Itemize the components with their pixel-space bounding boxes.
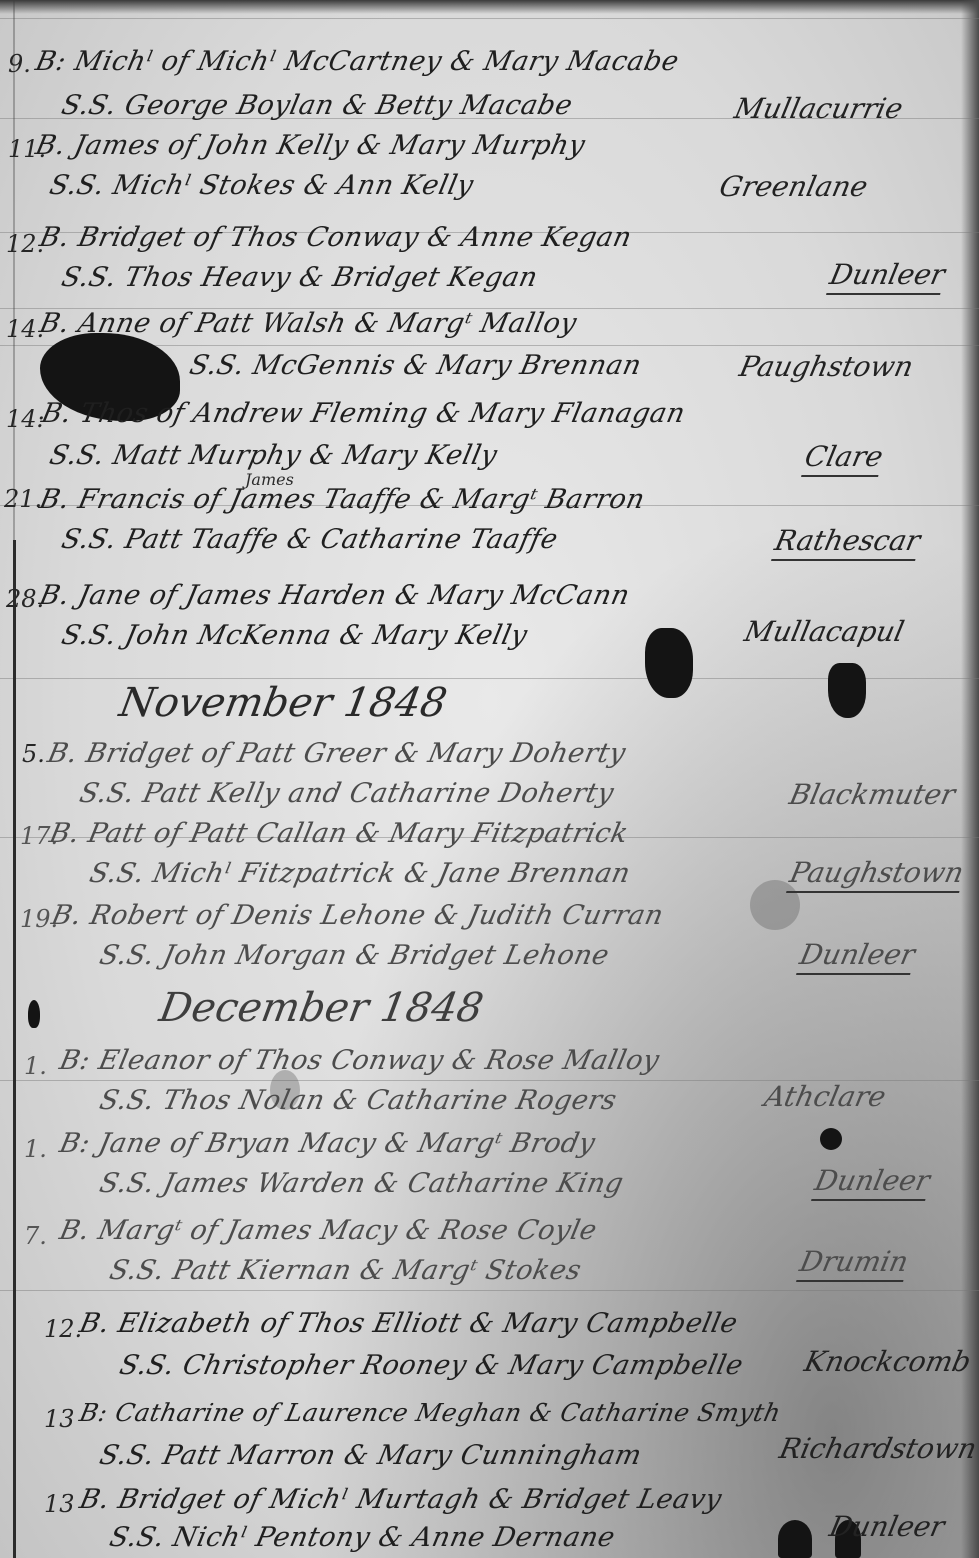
entry-sponsors: S.S. Nichˡ Pentony & Anne Dernane bbox=[107, 1522, 618, 1553]
ink-blot bbox=[820, 1128, 842, 1150]
entry-townland: Dunleer bbox=[826, 258, 948, 295]
ruled-line bbox=[0, 1290, 979, 1291]
entry-baptism: B. Robert of Denis Lehone & Judith Curra… bbox=[49, 900, 667, 931]
entry-baptism: B. Anne of Patt Walsh & Margᵗ Malloy bbox=[37, 308, 580, 339]
entry-townland: Clare bbox=[801, 440, 886, 477]
ruled-line bbox=[0, 18, 979, 19]
ink-blot bbox=[778, 1520, 812, 1558]
register-page: 9. B: Michˡ of Michˡ McCartney & Mary Ma… bbox=[0, 0, 979, 1558]
entry-sponsors: S.S. Patt Taaffe & Catharine Taaffe bbox=[59, 524, 561, 555]
entry-sponsors: S.S. James Warden & Catharine King bbox=[97, 1168, 627, 1199]
entry-baptism: B: Catharine of Laurence Meghan & Cathar… bbox=[77, 1398, 784, 1427]
entry-sponsors: S.S. Matt Murphy & Mary Kelly bbox=[47, 440, 500, 471]
entry-townland: Athclare bbox=[761, 1080, 888, 1113]
entry-townland: Paughstown bbox=[786, 856, 967, 893]
entry-sponsors: S.S. Patt Marron & Mary Cunningham bbox=[97, 1440, 645, 1471]
entry-date: 9. bbox=[8, 50, 31, 78]
entry-sponsors: S.S. McGennis & Mary Brennan bbox=[187, 350, 645, 381]
entry-sponsors: S.S. Patt Kelly and Catharine Doherty bbox=[77, 778, 617, 809]
entry-baptism: B. Bridget of Thos Conway & Anne Kegan bbox=[37, 222, 635, 253]
entry-sponsors: S.S. Christopher Rooney & Mary Campbelle bbox=[117, 1350, 746, 1381]
ink-blot bbox=[828, 663, 866, 718]
entry-townland: Knockcomb bbox=[801, 1345, 973, 1378]
entry-baptism: B: Jane of Bryan Macy & Margᵗ Brody bbox=[57, 1128, 598, 1159]
entry-baptism: B. James of John Kelly & Mary Murphy bbox=[33, 130, 588, 161]
entry-date: 1. bbox=[24, 1135, 47, 1163]
entry-townland: Dunleer bbox=[811, 1164, 933, 1201]
entry-townland: Paughstown bbox=[736, 350, 916, 383]
entry-townland: Rathescar bbox=[771, 524, 923, 561]
entry-baptism: B. Patt of Patt Callan & Mary Fitzpatric… bbox=[47, 818, 631, 849]
entry-sponsors: S.S. Michˡ Fitzpatrick & Jane Brennan bbox=[87, 858, 634, 889]
entry-sponsors: S.S. Patt Kiernan & Margᵗ Stokes bbox=[107, 1255, 584, 1286]
entry-baptism: B: Michˡ of Michˡ McCartney & Mary Macab… bbox=[33, 46, 682, 77]
entry-date: 5. bbox=[22, 740, 45, 768]
page-binding-edge bbox=[961, 0, 979, 1558]
entry-townland: Richardstown bbox=[776, 1432, 979, 1465]
entry-baptism: B. Elizabeth of Thos Elliott & Mary Camp… bbox=[77, 1308, 741, 1339]
entry-sponsors: S.S. George Boylan & Betty Macabe bbox=[59, 90, 576, 121]
entry-sponsors: S.S. Thos Heavy & Bridget Kegan bbox=[59, 262, 541, 293]
entry-date: 7. bbox=[24, 1222, 47, 1250]
entry-baptism: B. Bridget of Patt Greer & Mary Doherty bbox=[45, 738, 629, 769]
ink-blot bbox=[645, 628, 693, 698]
entry-date: 13 bbox=[44, 1490, 75, 1518]
ink-blot bbox=[28, 1000, 40, 1028]
entry-baptism: B. Francis of James Taaffe & Margᵗ Barro… bbox=[37, 484, 648, 515]
entry-baptism: B. Jane of James Harden & Mary McCann bbox=[37, 580, 633, 611]
entry-baptism: B. Bridget of Michˡ Murtagh & Bridget Le… bbox=[77, 1484, 725, 1515]
month-heading-november: November 1848 bbox=[116, 680, 450, 726]
entry-baptism: B. Thos of Andrew Fleming & Mary Flanaga… bbox=[39, 398, 688, 429]
entry-townland: Dunleer bbox=[796, 938, 918, 975]
entry-date: 21. bbox=[4, 485, 42, 513]
entry-date: 1. bbox=[24, 1052, 47, 1080]
entry-baptism: B: Eleanor of Thos Conway & Rose Malloy bbox=[57, 1045, 663, 1076]
entry-sponsors: S.S. Thos Nolan & Catharine Rogers bbox=[97, 1085, 620, 1116]
entry-townland: Dunleer bbox=[826, 1510, 947, 1543]
entry-baptism: B. Margᵗ of James Macy & Rose Coyle bbox=[57, 1215, 600, 1246]
margin-rule bbox=[13, 0, 15, 540]
month-heading-december: December 1848 bbox=[156, 985, 487, 1031]
entry-sponsors: S.S. Michˡ Stokes & Ann Kelly bbox=[47, 170, 477, 201]
page-top-shadow bbox=[0, 0, 979, 14]
entry-sponsors: S.S. John McKenna & Mary Kelly bbox=[59, 620, 531, 651]
entry-townland: Mullacapul bbox=[741, 615, 907, 648]
entry-townland: Drumin bbox=[796, 1245, 911, 1282]
entry-date: 13 bbox=[44, 1405, 75, 1433]
entry-townland: Mullacurrie bbox=[731, 92, 905, 125]
margin-rule bbox=[13, 540, 16, 1558]
entry-townland: Greenlane bbox=[716, 170, 870, 203]
entry-sponsors: S.S. John Morgan & Bridget Lehone bbox=[97, 940, 612, 971]
entry-townland: Blackmuter bbox=[786, 778, 958, 811]
